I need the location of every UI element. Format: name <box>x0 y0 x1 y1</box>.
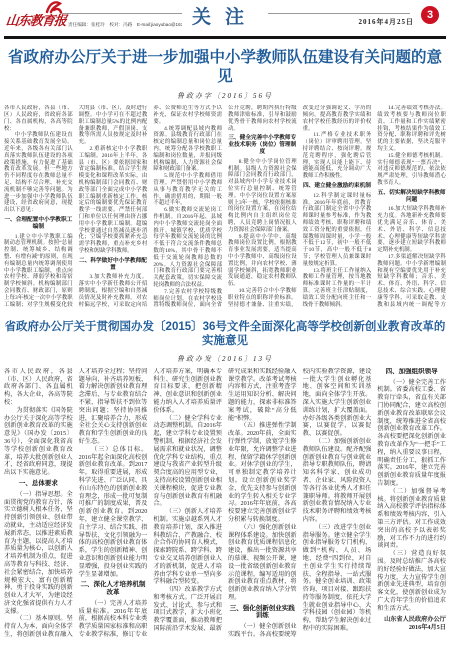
signature: 山东省人民政府办公厅2016年4月5日 <box>377 616 446 632</box>
body-subheading: 四、建立健全激励约束机制 <box>303 183 372 190</box>
body-subheading: 五、切实解决短缺学科教师问题 <box>377 190 446 204</box>
body-paragraph: （五）推进弹性学制改革。2020年前，全面实行弹性学制，放宽学生修业年限，允许调… <box>228 422 297 523</box>
body-subheading: 四、加强组织领导 <box>377 368 446 376</box>
article-2: 省政府办公厅关于贯彻国办发〔2015〕36号文件全面深化高等学校创新创业教育改革… <box>4 321 446 646</box>
body-paragraph: （二）健全学科专业动态调整机制。自2016年起，建立学科专业设置预警机制，根据经… <box>153 415 222 509</box>
body-paragraph: （一）指导思想。全面贯彻党的教育方针，落实立德树人根本任务，坚持创新引领创业、创… <box>4 491 73 616</box>
signature-line: 2016年4月5日 <box>377 624 446 632</box>
body-subheading: 二、深化人才培养机制改革 <box>79 581 148 597</box>
body-paragraph: 中小学教师队伍建设直接关系基础教育发展全局。近年来，各级各有关部门认真落实教师队… <box>4 132 73 214</box>
section-title: 关注 <box>182 2 268 29</box>
body-paragraph: 各市人民政府，各县（市、区）人民政府，省政府各部门、各直属机构，各大企业，各高等… <box>4 368 73 407</box>
body-paragraph: （三）营造良好氛围。及时总结推广各高校的好经验好做法，加大宣传力度，大力宣传学生… <box>377 550 446 612</box>
newspaper-page: 山东教育报 责任编辑：张桂玲 校对：冯路 E-mail:jiaoyubao@16… <box>0 0 450 646</box>
paper-name: 山东教育报 <box>5 10 65 29</box>
body-paragraph: 13.将班主任工作量纳入教师工作量管理，按当地教师标准课时工作量的一半计算。完善… <box>303 268 372 309</box>
masthead: 山东教育报 责任编辑：张桂玲 校对：冯路 E-mail:jiaoyubao@16… <box>4 0 446 36</box>
body-paragraph: 15.健全师德考核机制。实行师德表现“一票否决”，对违反师德规范的，依法依规严肃… <box>377 153 446 187</box>
body-subheading: 三、健全完善中小学教师专业技术职务（岗位）管理制度 <box>228 135 297 155</box>
body-paragraph: （三）创新人才培养机制。实施卓越系列人才教育培养计划，深入推进科教结合、产教融合… <box>153 508 222 586</box>
body-paragraph: 各市人民政府，各县（市、区）人民政府，省政府各部门、各直属机构，各高等院校： <box>4 105 73 132</box>
article-1-doc-number: 鲁政办字〔2016〕56号 <box>4 91 446 101</box>
page-number-badge: 3 <box>421 6 439 24</box>
body-paragraph: 14.完善绩效考核办法。绩效考核要与教师岗位职责、工作量和工作实绩紧密挂钩，考核… <box>377 105 446 153</box>
body-paragraph: （二）加强督导考核。将创新创业教育质量纳入高校教学评估指标体系和绩效考核内容，引… <box>377 488 446 550</box>
header-thick-rule <box>4 36 446 39</box>
issue-date: 2016年4月25日 <box>359 17 415 27</box>
article-1-body: 各市人民政府，各县（市、区）人民政府，省政府各部门、各直属机构，各高等院校：中小… <box>4 105 446 313</box>
body-paragraph: 12.科学制定课时量标准。2016年年底前，省教育行政部门制定全省中小学教师课时… <box>303 193 372 268</box>
body-paragraph: （三）总体目标。2016年起全面深化高校创新创业教育改革。到2017年，取得重要… <box>79 446 148 579</box>
body-paragraph: 9.提高中小学中、高级教师岗位设置比例。根据教育事业发展需要，适当提高中小学教师… <box>228 234 297 288</box>
body-paragraph: 6.做实教师交流轮岗工作机制。自2016年起，县域内中小学教师交流轮岗全面推开。… <box>153 207 222 289</box>
body-paragraph: （一）健全完善工作机制。省委高校工委、省教育厅牵头，省直有关部门协同配合，建立高… <box>377 379 446 488</box>
article-2-body: 各市人民政府，各县（市、区）人民政府，省政府各部门、各直属机构，各大企业，各高等… <box>4 368 446 646</box>
body-paragraph: （二）加强创新创业教师队伍建设。配齐配强创新创业教育与创业就业指导专职教师队伍，… <box>303 438 372 524</box>
body-subheading: 二、科学做好中小学教师配置 <box>79 258 148 272</box>
body-subheading: 一、总体要求 <box>4 480 73 488</box>
body-paragraph: 11.严格专业技术职务（岗位）评审聘用管理。坚持评聘结合、按岗评聘，规范竞聘程序… <box>303 132 372 180</box>
body-paragraph: 16.加大短缺学科教师补充力度。各地新补充教师要优先满足音乐、体育、美术、外语、… <box>377 206 446 254</box>
article-1: 省政府办公厅关于进一步加强中小学教师队伍建设有关问题的意见 鲁政办字〔2016〕… <box>4 49 446 313</box>
paper-logo: 山东教育报 <box>6 10 64 29</box>
body-paragraph: 为贯彻落实《国务院办公厅关于深化高等学校创新创业教育改革的实施意见》（国办发〔2… <box>4 407 73 477</box>
body-subheading: 一、合理配置中小学教职工编制 <box>4 217 73 231</box>
article-2-headline: 省政府办公厅关于贯彻国办发〔2015〕36号文件全面深化高等学校创新创业教育改革… <box>4 321 446 349</box>
body-paragraph: 5.规范中小学教师借用管理。严禁借用中小学教师从事与教育教学无关的工作，确需借用… <box>153 173 222 207</box>
body-paragraph: 8.健全中小学岗位管理机制。县级人力资源社会保障部门会同教育行政部门，对县域内中… <box>228 159 297 234</box>
article-2-doc-number: 鲁政办发〔2016〕13号 <box>4 354 446 364</box>
body-paragraph: 4.统筹调配县域内教师资源。县级教育行政部门在核定的编制总量和岗位总量内，统筹分… <box>153 126 222 174</box>
body-paragraph: （六）强化创新创业课程体系建设。加快创新创业教育优质课程信息化建设，推出一批资源… <box>228 524 297 602</box>
body-paragraph: （三）改进学生创业指导服务。建立健全学生创业指导服务专门机构，做到“机构、人员、… <box>303 524 372 633</box>
body-paragraph: 2.重新核定中小学教职工编制。2016年上半年，各县（市、区）要依据国家和省定编… <box>79 146 148 255</box>
article-1-headline: 省政府办公厅关于进一步加强中小学教师队伍建设有关问题的意见 <box>4 49 446 86</box>
editor-info: 责任编辑：张桂玲 校对：冯路 E-mail:jiaoyubao@163.com <box>68 22 193 28</box>
body-subheading: 三、强化创新创业实践训练 <box>228 605 297 621</box>
